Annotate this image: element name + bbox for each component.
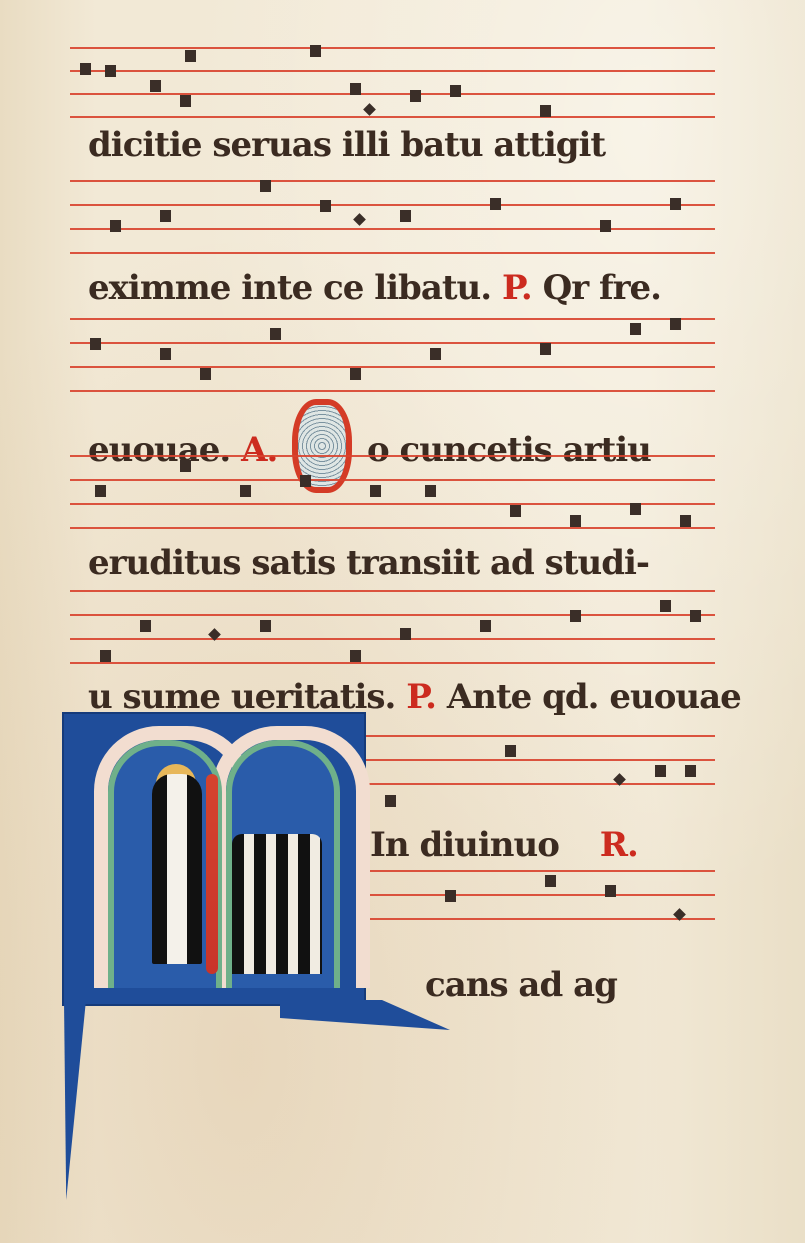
central-column [206, 774, 218, 974]
lyric-line-6: In diuinuo R. [370, 825, 638, 865]
lyric-text: Qr fre. [543, 268, 661, 308]
lyric-text: u sume ueritatis. [88, 677, 395, 717]
group-of-nuns [232, 834, 322, 974]
lyric-text: In diuinuo [370, 825, 559, 865]
music-staff-3 [70, 318, 715, 408]
lyric-line-5: u sume ueritatis. P. Ante qd. euouae [88, 677, 741, 717]
music-staff-6 [365, 735, 715, 815]
music-staff-7 [365, 870, 715, 950]
rubric-p: P. [406, 677, 436, 717]
rubric-r: R. [600, 825, 638, 865]
rubric-p: P. [502, 268, 532, 308]
music-staff-1 [70, 45, 715, 135]
lyric-line-4: eruditus satis transiit ad studi- [88, 543, 649, 583]
lyric-line-2: eximme inte ce libatu. P. Qr fre. [88, 268, 661, 308]
lyric-text: Ante qd. euouae [447, 677, 741, 717]
illuminated-initial-m [62, 712, 366, 1006]
lyric-line-1: dicitie seruas illi batu attigit [88, 125, 605, 165]
music-staff-2 [70, 180, 715, 270]
music-staff-5 [70, 590, 715, 680]
lyric-text: eximme inte ce libatu. [88, 268, 491, 308]
manuscript-page: dicitie seruas illi batu attigit eximme … [0, 0, 805, 1243]
initial-flourish-tail [64, 1000, 86, 1200]
lyric-line-7: cans ad ag [425, 965, 617, 1005]
saint-figure [152, 774, 202, 964]
